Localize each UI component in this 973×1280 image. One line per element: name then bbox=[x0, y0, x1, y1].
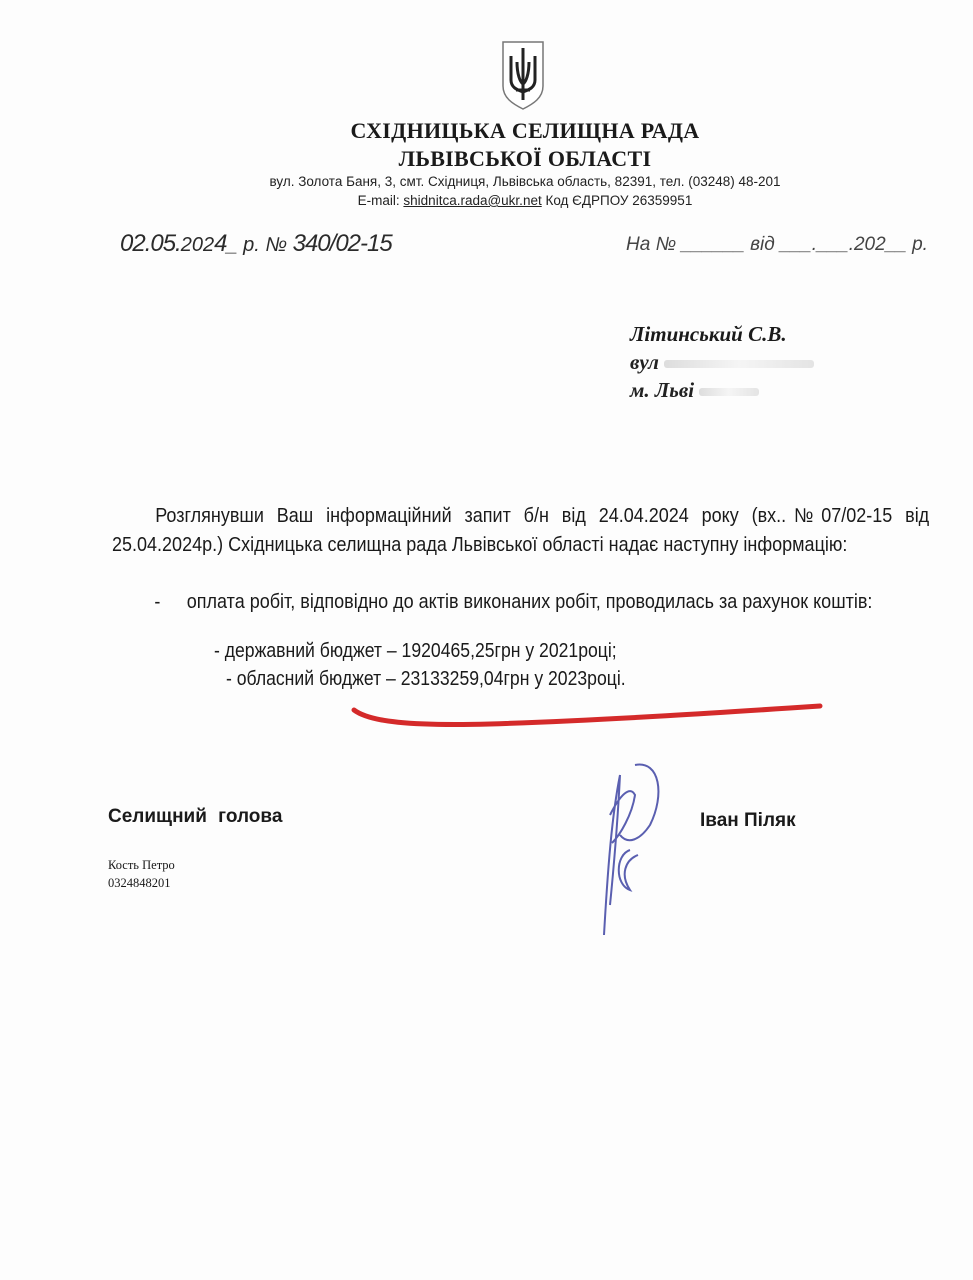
sub-item-state-budget: - державний бюджет – 1920465,25грн у 202… bbox=[214, 640, 617, 663]
redacted-street bbox=[664, 360, 814, 368]
incoming-reference: На № ______ від ___.___.202__ р. bbox=[626, 234, 928, 256]
executor-name: Кость Петро bbox=[108, 858, 175, 873]
red-underline-annotation bbox=[350, 700, 825, 732]
redacted-city bbox=[699, 388, 759, 396]
handwritten-signature bbox=[590, 755, 680, 945]
year-digit: 4 bbox=[214, 230, 226, 257]
recipient-name: Літинський С.В. bbox=[630, 322, 787, 347]
org-address: вул. Золота Баня, 3, смт. Східниця, Льві… bbox=[0, 174, 973, 189]
body-paragraph: Розглянувши Ваш інформаційний запит б/н … bbox=[112, 502, 848, 560]
city-label: м. Льві bbox=[630, 378, 694, 402]
executor-phone: 0324848201 bbox=[108, 876, 171, 891]
bullet-text: оплата робіт, відповідно до актів викона… bbox=[158, 588, 932, 617]
sub-item-regional-budget: - обласний бюджет – 23133259,04грн у 202… bbox=[226, 668, 626, 691]
org-contacts: E-mail: shidnitca.rada@ukr.net Код ЄДРПО… bbox=[0, 193, 973, 208]
outgoing-number: 340/02-15 bbox=[293, 230, 392, 257]
org-name-line2: ЛЬВІВСЬКОЇ ОБЛАСТІ bbox=[0, 146, 973, 172]
outgoing-reference: 02.05.2024_ р. № 340/02-15 bbox=[120, 230, 392, 258]
org-name-line1: СХІДНИЦЬКА СЕЛИЩНА РАДА bbox=[0, 118, 973, 144]
edrpou-code: Код ЄДРПОУ 26359951 bbox=[542, 193, 693, 208]
paragraph-text: Розглянувши Ваш інформаційний запит б/н … bbox=[112, 502, 929, 560]
ukraine-trident-icon bbox=[500, 40, 546, 110]
street-label: вул bbox=[630, 350, 659, 374]
bullet-dash: - bbox=[154, 588, 160, 617]
number-label: _ р. № bbox=[226, 234, 287, 256]
email-label: E-mail: bbox=[358, 193, 404, 208]
outgoing-date: 02.05. bbox=[120, 230, 181, 257]
recipient-street: вул bbox=[630, 350, 814, 375]
bullet-item: - оплата робіт, відповідно до актів вико… bbox=[158, 588, 932, 617]
signatory-name: Іван Піляк bbox=[700, 810, 796, 832]
signatory-title: Селищний голова bbox=[108, 806, 282, 828]
year-prefix: 202 bbox=[181, 234, 214, 256]
recipient-city: м. Льві bbox=[630, 378, 759, 403]
email-link[interactable]: shidnitca.rada@ukr.net bbox=[403, 193, 541, 208]
